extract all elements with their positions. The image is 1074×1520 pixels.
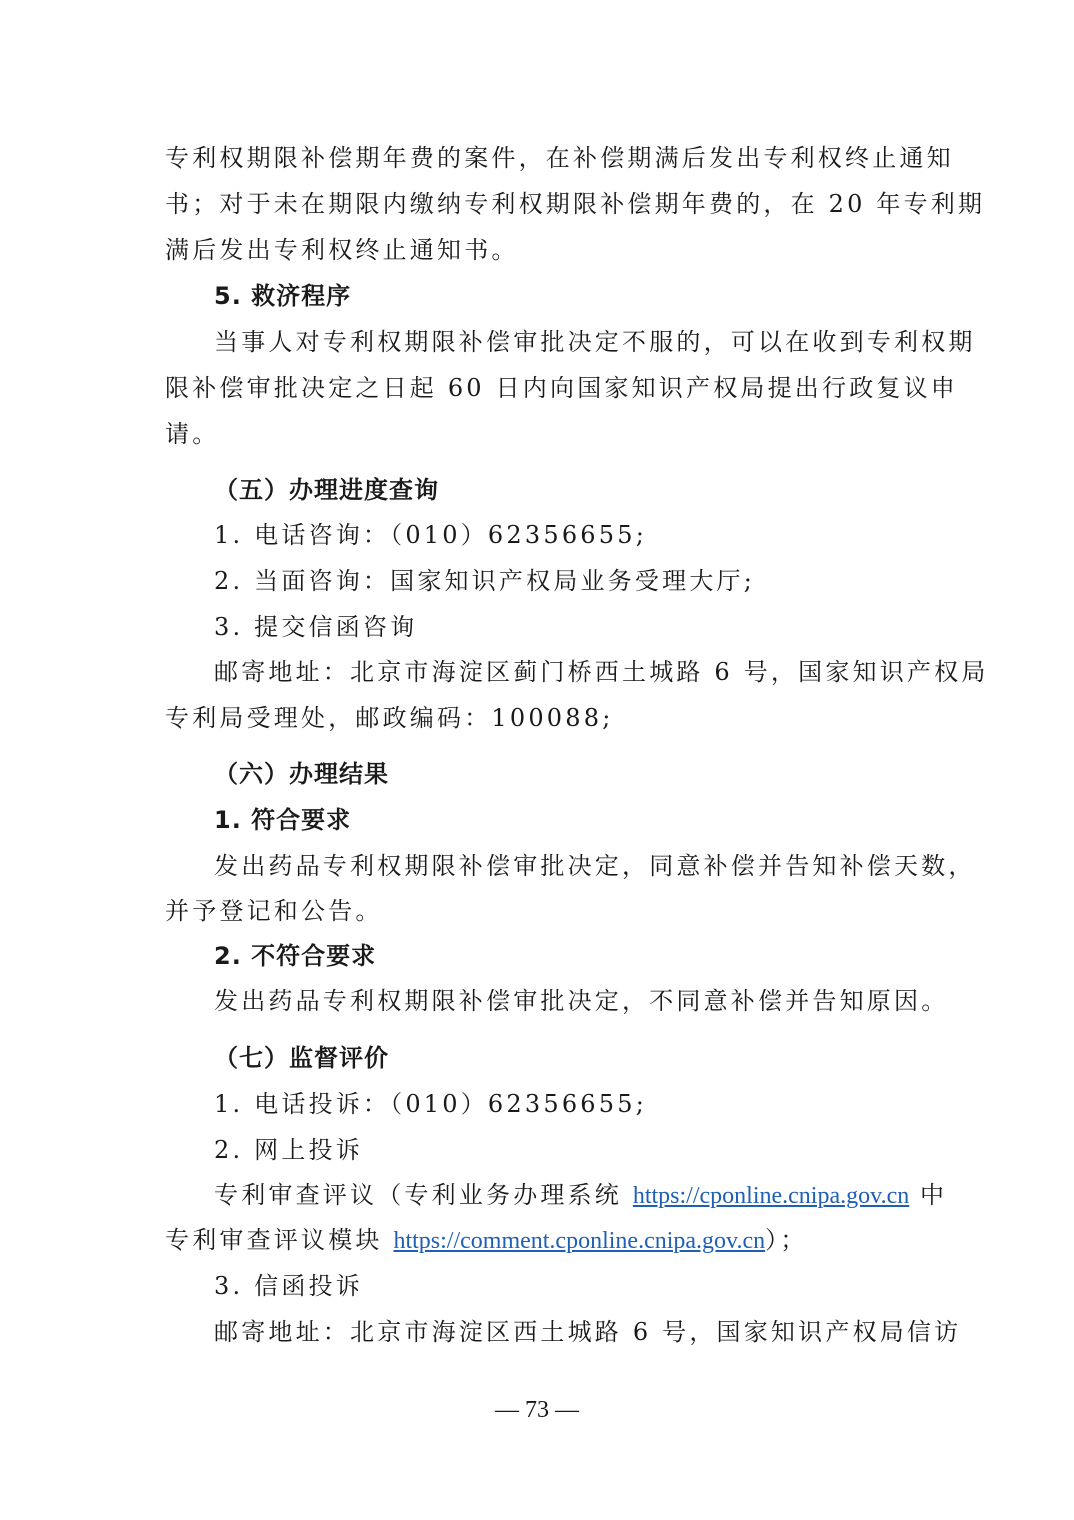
address-line: 邮寄地址：北京市海淀区西土城路 6 号，国家知识产权局信访 [214,1317,961,1347]
comment-link[interactable]: https://comment.cponline.cnipa.gov.cn [393,1228,765,1254]
subheading-compliant: 1. 符合要求 [214,805,351,835]
list-item: 2. 网上投诉 [214,1135,363,1165]
page-number: — 73 — [0,1397,1074,1424]
section-heading-progress-query: （五）办理进度查询 [214,475,439,505]
list-item: 1. 电话投诉：（010）62356655; [214,1089,647,1119]
text: 中 [909,1181,947,1209]
list-item: 3. 提交信函咨询 [214,612,417,642]
paragraph-line: 书；对于未在期限内缴纳专利权期限补偿期年费的，在 20 年专利期 [165,189,985,219]
address-line: 专利局受理处，邮政编码：100088; [165,703,614,733]
list-item: 3. 信函投诉 [214,1271,363,1301]
text: 专利审查评议模块 [165,1226,393,1254]
text: 专利审查评议（专利业务办理系统 [214,1181,633,1209]
list-item: 1. 电话咨询：（010）62356655; [214,520,647,550]
address-line: 邮寄地址：北京市海淀区蓟门桥西土城路 6 号，国家知识产权局 [214,657,989,687]
paragraph-line: 当事人对专利权期限补偿审批决定不服的，可以在收到专利权期 [214,327,976,357]
paragraph-line: 并予登记和公告。 [165,896,383,926]
paragraph-line: 请。 [165,419,219,449]
subheading-noncompliant: 2. 不符合要求 [214,941,376,971]
list-item: 2. 当面咨询：国家知识产权局业务受理大厅; [214,566,755,596]
subheading-remedy: 5. 救济程序 [214,281,351,311]
cponline-link[interactable]: https://cponline.cnipa.gov.cn [633,1183,909,1209]
section-heading-supervision: （七）监督评价 [214,1043,389,1073]
online-complaint-line: 专利审查评议（专利业务办理系统 https://cponline.cnipa.g… [214,1180,947,1211]
paragraph-line: 发出药品专利权期限补偿审批决定，不同意补偿并告知原因。 [214,986,948,1016]
section-heading-result: （六）办理结果 [214,759,389,789]
text: ）； [765,1226,807,1254]
paragraph-line: 限补偿审批决定之日起 60 日内向国家知识产权局提出行政复议申 [165,373,958,403]
paragraph-line: 专利权期限补偿期年费的案件，在补偿期满后发出专利权终止通知 [165,143,954,173]
paragraph-line: 满后发出专利权终止通知书。 [165,235,519,265]
paragraph-line: 发出药品专利权期限补偿审批决定，同意补偿并告知补偿天数， [214,851,976,881]
online-complaint-line: 专利审查评议模块 https://comment.cponline.cnipa.… [165,1225,808,1256]
